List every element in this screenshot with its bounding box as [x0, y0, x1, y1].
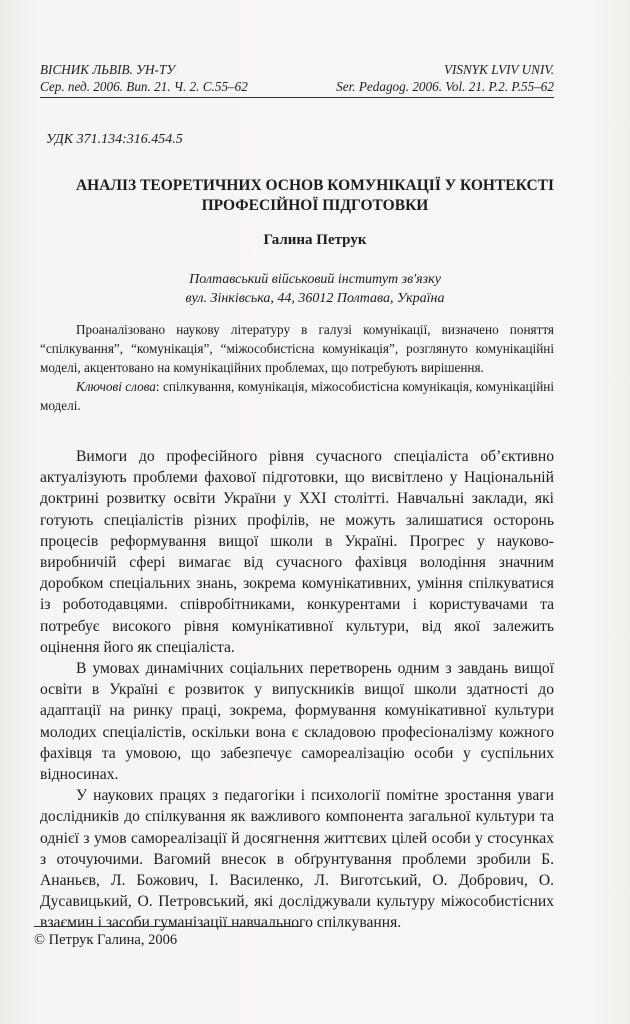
- body-paragraph: У наукових працях з педагогіки і психоло…: [40, 785, 554, 933]
- title-line-1: АНАЛІЗ ТЕОРЕТИЧНИХ ОСНОВ КОМУНІКАЦІЇ У К…: [40, 176, 590, 196]
- journal-title-en: VISNYK LVIV UNIV.: [336, 61, 554, 78]
- footnote-divider: [34, 926, 302, 927]
- abstract-text: Проаналізовано наукову літературу в галу…: [40, 320, 554, 377]
- journal-title-ua: ВІСНИК ЛЬВІВ. УН-ТУ: [40, 61, 248, 78]
- document-page: ВІСНИК ЛЬВІВ. УН-ТУ Сер. пед. 2006. Вип.…: [0, 0, 630, 1024]
- abstract: Проаналізовано наукову літературу в галу…: [40, 320, 554, 415]
- body-text: Вимоги до професійного рівня сучасного с…: [40, 446, 554, 934]
- author-name: Галина Петрук: [40, 232, 590, 249]
- article-title: АНАЛІЗ ТЕОРЕТИЧНИХ ОСНОВ КОМУНІКАЦІЇ У К…: [40, 176, 590, 216]
- citation-en: Ser. Pedagog. 2006. Vol. 21. P.2. P.55–6…: [336, 78, 554, 95]
- body-paragraph: В умовах динамічних соціальних перетворе…: [40, 658, 554, 785]
- title-line-2: ПРОФЕСІЙНОЇ ПІДГОТОВКИ: [40, 196, 590, 216]
- udk-code: УДК 371.134:316.454.5: [46, 132, 183, 148]
- running-head-left: ВІСНИК ЛЬВІВ. УН-ТУ Сер. пед. 2006. Вип.…: [40, 61, 248, 95]
- citation-ua: Сер. пед. 2006. Вип. 21. Ч. 2. С.55–62: [40, 78, 248, 95]
- copyright-footnote: © Петрук Галина, 2006: [34, 932, 177, 949]
- running-head-right: VISNYK LVIV UNIV. Ser. Pedagog. 2006. Vo…: [336, 61, 554, 95]
- running-head: ВІСНИК ЛЬВІВ. УН-ТУ Сер. пед. 2006. Вип.…: [40, 61, 554, 98]
- affiliation-address: вул. Зінківська, 44, 36012 Полтава, Укра…: [40, 289, 590, 308]
- affiliation-institution: Полтавський військовий інститут зв'язку: [40, 270, 590, 289]
- affiliation: Полтавський військовий інститут зв'язку …: [40, 270, 590, 308]
- keywords-label: Ключові слова: [76, 379, 156, 394]
- keywords: Ключові слова: спілкування, комунікація,…: [40, 377, 554, 415]
- body-paragraph: Вимоги до професійного рівня сучасного с…: [40, 446, 554, 658]
